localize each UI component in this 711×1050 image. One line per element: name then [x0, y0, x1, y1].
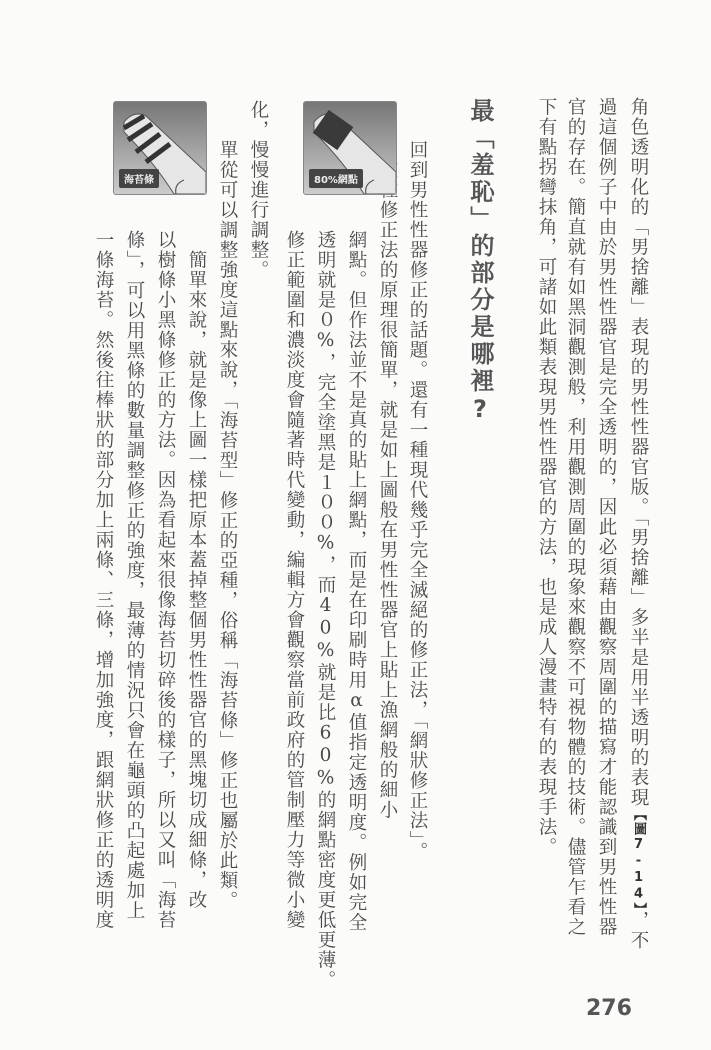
body-column-10: 條」，可以用黑條的數量調整修正的強度，最薄的情況只會在龜頭的凸起處加上: [123, 230, 145, 921]
intro-column-4: 下有點拐彎抹角，可諸如此類表現男性性器官的方法，也是成人漫畫特有的表現手法。: [535, 97, 557, 857]
figure-reference: 【圖7-14】: [631, 808, 646, 911]
page-number: 276: [586, 996, 632, 1021]
body-column-9: 以樹條小黑條修正的方法。因為看起來很像海苔切碎後的樣子，所以又叫「海苔: [154, 230, 176, 930]
figure-label-mesh: 80%網點: [309, 169, 363, 188]
body-column-7: 單從可以調整強度這點來說，「海苔型」修正的亞種，俗稱「海苔條」修正也屬於此類。: [216, 140, 238, 911]
body-column-8: 簡單來說，就是像上圖一樣把原本蓋掉整個男性性器官的黑塊切成細條，改: [185, 230, 207, 910]
body-column-11: 一條海苔。然後往棒狀的部分加上兩條、三條，增加強度，跟網狀修正的透明度: [92, 230, 114, 930]
intro-column-2: 過這個例子中由於男性性器官是完全透明的，因此必須藉由觀察周圍的描寫才能認識到男性…: [595, 97, 617, 937]
body-column-5: 修正範圍和濃淡度會隨著時代變動，編輯方會觀察當前政府的管制壓力等微小變: [283, 230, 305, 930]
figure-strip-censor: 海苔條: [113, 101, 207, 195]
body-column-4: 透明就是０%，完全塗黑是１００%，而40%就是比60%的網點密度更低更薄。: [314, 230, 336, 990]
body-column-1: 回到男性性器修正的話題。還有一種現代幾乎完全滅絕的修正法，「網狀修正法」。: [406, 140, 428, 862]
body-column-3: 網點。但作法並不是真的貼上網點，而是在印刷時用α值指定透明度。例如完全: [345, 230, 367, 933]
intro-column-3: 官的存在。簡直就有如黑洞觀測般，利用觀測周圍的現象來觀察不可視物體的技術。儘管乍…: [564, 97, 586, 937]
intro-column-1: 角色透明化的「男捨離」表現的男性性器官版。「男捨離」多半是用半透明的表現【圖7-…: [627, 97, 649, 951]
body-column-6: 化，慢慢進行調整。: [247, 100, 269, 280]
body-column-2: 這種修正法的原理很簡單，就是如上圖般在男性性器官上貼上漁網般的細小: [376, 140, 398, 820]
figure-mesh-censor: 80%網點: [303, 101, 397, 195]
section-title: 最「羞恥」的部分是哪裡?: [463, 98, 498, 426]
figure-label-strips: 海苔條: [119, 169, 159, 188]
